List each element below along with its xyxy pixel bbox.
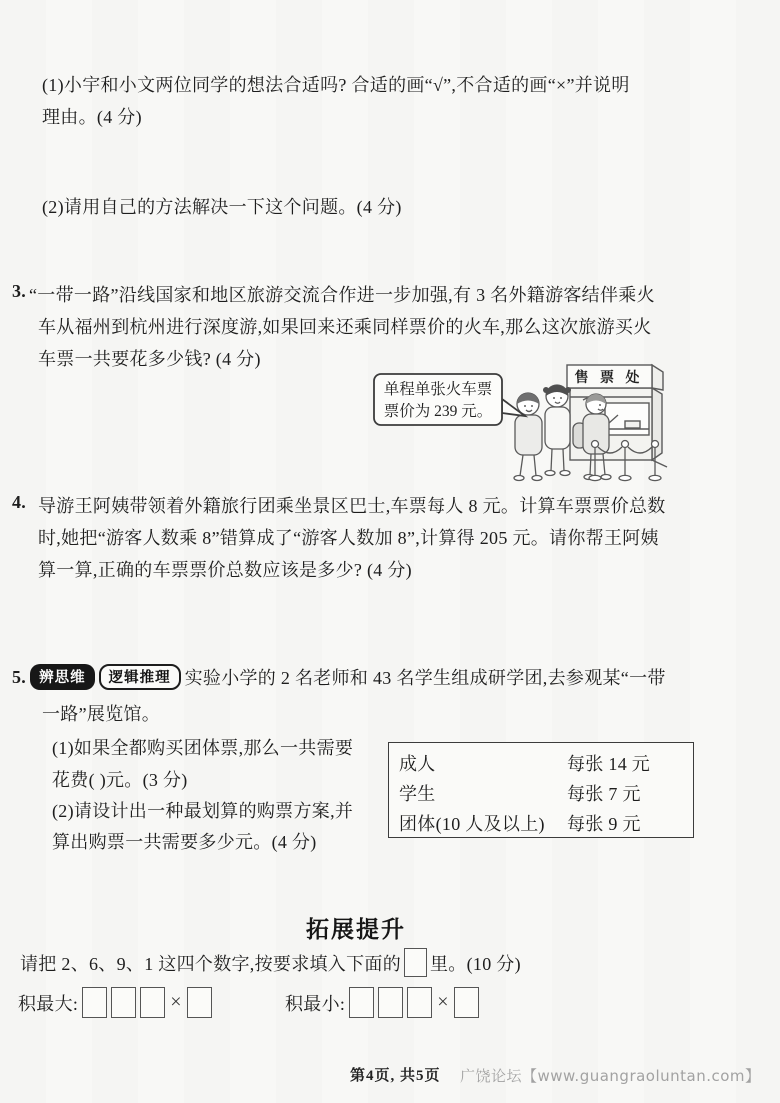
multiply-sign: × <box>436 991 450 1014</box>
speech-bubble: 单程单张火车票 票价为 239 元。 <box>374 374 525 425</box>
booth-sign-label: 售 票 处 <box>575 369 644 386</box>
answer-box <box>407 987 432 1018</box>
q5-sub1-line1: (1)如果全都购买团体票,那么一共需要 <box>52 734 353 760</box>
expansion-intro-line: 请把 2、6、9、1 这四个数字,按要求填入下面的 里。(10 分) <box>20 948 521 977</box>
q4-line3: 算一算,正确的车票票价总数应该是多少? (4 分) <box>38 556 412 582</box>
min-product-group: 积最小: × <box>285 987 479 1018</box>
q3-line2: 车从福州到杭州进行深度游,如果回来还乘同样票价的火车,那么这次旅游买火 <box>38 313 652 339</box>
max-product-label: 积最大: <box>18 990 78 1016</box>
q4-line2: 时,她把“游客人数乘 8”错算成了“游客人数加 8”,计算得 205 元。请你帮… <box>38 524 659 550</box>
q5-sub2-line1: (2)请设计出一种最划算的购票方案,并 <box>52 797 353 823</box>
price-row-student: 学生 每张 7 元 <box>399 778 693 808</box>
price-label: 学生 <box>399 780 567 806</box>
q3-illustration: 售 票 处 <box>365 363 678 489</box>
q5-sub1-line2: 花费( )元。(3 分) <box>52 766 188 792</box>
q3-line1: “一带一路”沿线国家和地区旅游交流合作进一步加强,有 3 名外籍游客结伴乘火 <box>29 281 655 307</box>
intro-text-before: 请把 2、6、9、1 这四个数字,按要求填入下面的 <box>20 950 401 976</box>
inline-answer-box <box>404 948 427 977</box>
min-product-label: 积最小: <box>285 990 345 1016</box>
person-figure-1 <box>514 393 542 481</box>
answer-box <box>349 987 374 1018</box>
answer-box <box>187 987 212 1018</box>
person-figure-2 <box>543 385 571 476</box>
badge-thinking: 辨思维 <box>30 664 95 690</box>
answer-box <box>378 987 403 1018</box>
q1-line1: (1)小宇和小文两位同学的想法合适吗? 合适的画“√”,不合适的画“×”并说明 <box>42 71 630 97</box>
section-heading-expansion: 拓展提升 <box>0 911 712 944</box>
badge-logic-reasoning: 逻辑推理 <box>99 664 181 690</box>
q4-number: 4. <box>12 492 26 513</box>
q1-line2: 理由。(4 分) <box>42 103 142 129</box>
answer-box <box>454 987 479 1018</box>
speech-line1: 单程单张火车票 <box>384 380 493 398</box>
footer-page-info: 第4页, 共5页 <box>350 1064 441 1085</box>
q3-number: 3. <box>12 281 26 302</box>
q5-number: 5. <box>12 667 26 688</box>
price-row-adult: 成人 每张 14 元 <box>399 748 693 778</box>
q2-line1: (2)请用自己的方法解决一下这个问题。(4 分) <box>42 193 402 219</box>
price-label: 团体(10 人及以上) <box>399 810 567 836</box>
q5-line2: 一路”展览馆。 <box>42 700 160 726</box>
price-value: 每张 14 元 <box>567 750 650 776</box>
price-table: 成人 每张 14 元 学生 每张 7 元 团体(10 人及以上) 每张 9 元 <box>388 742 694 838</box>
q3-line3: 车票一共要花多少钱? (4 分) <box>38 345 261 371</box>
answer-box <box>82 987 107 1018</box>
intro-text-after: 里。(10 分) <box>430 950 521 976</box>
max-product-group: 积最大: × <box>18 987 212 1018</box>
q5-line1-text: 实验小学的 2 名老师和 43 名学生组成研学团,去参观某“一带 <box>185 664 666 690</box>
multiply-sign: × <box>169 991 183 1014</box>
footer-site-credit: 广饶论坛【www.guangraoluntan.com】 <box>460 1065 761 1086</box>
worksheet-page: (1)小宇和小文两位同学的想法合适吗? 合适的画“√”,不合适的画“×”并说明 … <box>0 0 780 1103</box>
answer-box <box>111 987 136 1018</box>
speech-line2: 票价为 239 元。 <box>384 402 493 420</box>
price-row-group: 团体(10 人及以上) 每张 9 元 <box>399 808 693 838</box>
q5-sub2-line2: 算出购票一共需要多少元。(4 分) <box>52 828 317 854</box>
q4-line1: 导游王阿姨带领着外籍旅行团乘坐景区巴士,车票每人 8 元。计算车票票价总数 <box>38 492 666 518</box>
answer-box <box>140 987 165 1018</box>
q5-first-line: 5. 辨思维 逻辑推理 实验小学的 2 名老师和 43 名学生组成研学团,去参观… <box>12 664 666 690</box>
price-label: 成人 <box>399 750 567 776</box>
price-value: 每张 9 元 <box>567 810 641 836</box>
price-value: 每张 7 元 <box>567 780 641 806</box>
